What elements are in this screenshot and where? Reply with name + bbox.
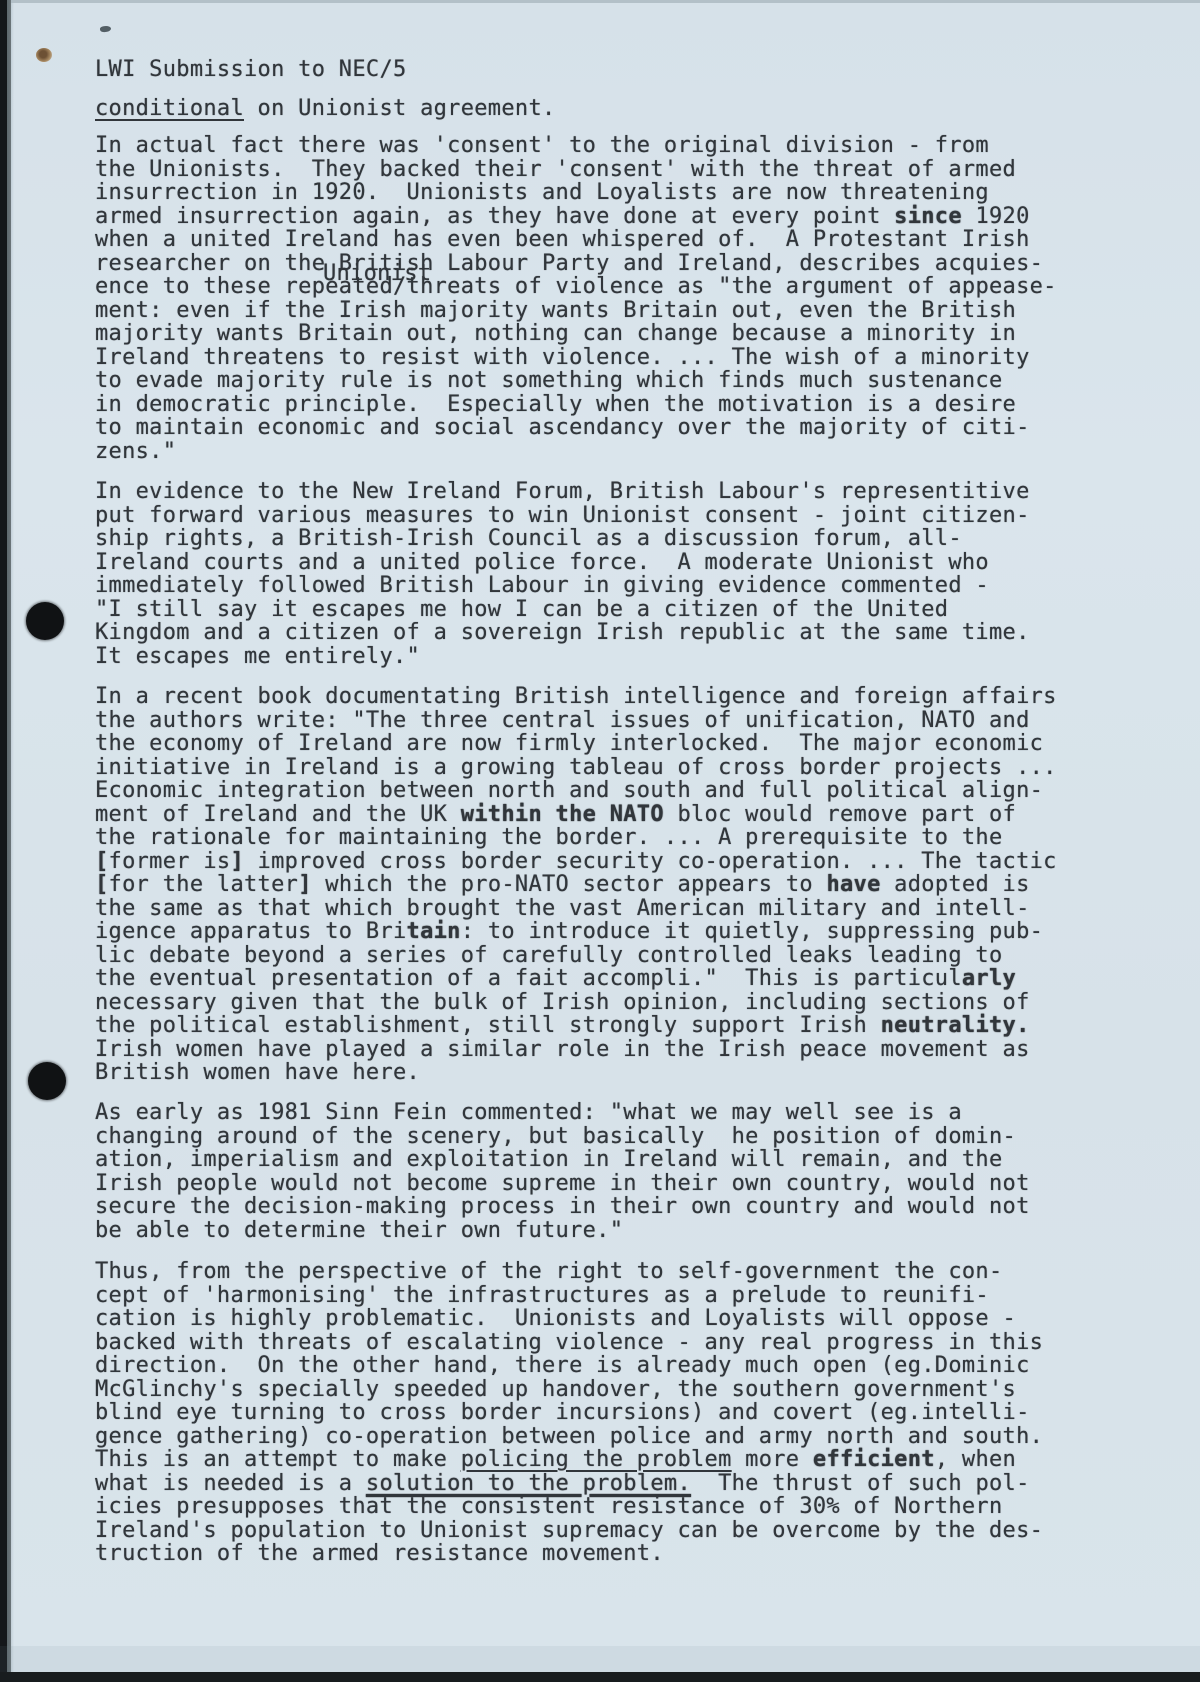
- paragraph-3: In a recent book documentating British i…: [95, 685, 1057, 1085]
- text-line: As early as 1981 Sinn Fein commented: "w…: [95, 1101, 1030, 1125]
- text-segment: the same as that which brought the vast …: [95, 896, 1030, 921]
- text-segment: /threats of violence as "the argument of…: [393, 274, 1057, 299]
- text-segment: when a united Ireland has even been whis…: [95, 227, 1030, 252]
- scan-shadow-bottom: [0, 1646, 1200, 1672]
- text-segment: British women have here.: [95, 1060, 420, 1085]
- text-line: majority wants Britain out, nothing can …: [95, 322, 1057, 346]
- text-segment: neutrality.: [881, 1013, 1030, 1038]
- text-segment: for the latter: [109, 872, 299, 897]
- document-page: LWI Submission to NEC/5 conditional on U…: [0, 0, 1200, 1682]
- text-line: to maintain economic and social ascendan…: [95, 416, 1057, 440]
- text-segment: "I still say it escapes me how I can be …: [95, 597, 948, 622]
- text-segment: arly: [962, 966, 1016, 991]
- text-line: cept of 'harmonising' the infrastructure…: [95, 1284, 1043, 1308]
- text-segment: ship rights, a British-Irish Council as …: [95, 526, 962, 551]
- text-segment: put forward various measures to win Unio…: [95, 503, 1030, 528]
- text-line: when a united Ireland has even been whis…: [95, 228, 1057, 252]
- text-line: initiative in Ireland is a growing table…: [95, 756, 1057, 780]
- text-segment: adopted is: [881, 872, 1030, 897]
- text-segment: which the pro-NATO sector appears to: [312, 872, 827, 897]
- text-segment: armed insurrection again, as they have d…: [95, 204, 894, 229]
- text-segment: policing the problem: [461, 1447, 732, 1472]
- text-line: In a recent book documentating British i…: [95, 685, 1057, 709]
- text-line: be able to determine their own future.": [95, 1219, 1030, 1243]
- text-line: blind eye turning to cross border incurs…: [95, 1401, 1043, 1425]
- scan-edge-top: [0, 0, 1200, 3]
- text-line: Thus, from the perspective of the right …: [95, 1260, 1043, 1284]
- text-line: the rationale for maintaining the border…: [95, 826, 1057, 850]
- text-line: In actual fact there was 'consent' to th…: [95, 134, 1057, 158]
- text-segment: majority wants Britain out, nothing can …: [95, 321, 1016, 346]
- text-line: necessary given that the bulk of Irish o…: [95, 991, 1057, 1015]
- text-line: put forward various measures to win Unio…: [95, 504, 1030, 528]
- text-segment: : to introduce it quietly, suppressing p…: [461, 919, 1043, 944]
- text-segment: have: [826, 872, 880, 897]
- scan-edge-bottom: [0, 1672, 1200, 1682]
- text-line: [for the latter] which the pro-NATO sect…: [95, 873, 1057, 897]
- text-segment: icies presupposes that the consistent re…: [95, 1494, 1003, 1519]
- text-segment: immediately followed British Labour in g…: [95, 573, 989, 598]
- text-segment: ]: [298, 872, 312, 897]
- text-segment: In evidence to the New Ireland Forum, Br…: [95, 479, 1030, 504]
- text-line: immediately followed British Labour in g…: [95, 574, 1030, 598]
- text-line: zens.": [95, 440, 1057, 464]
- document-title: LWI Submission to NEC/5: [95, 58, 407, 82]
- text-line: armed insurrection again, as they have d…: [95, 205, 1057, 229]
- text-line: Irish people would not become supreme in…: [95, 1172, 1030, 1196]
- text-segment: igence apparatus to Bri: [95, 919, 407, 944]
- text-segment: former is: [109, 849, 231, 874]
- text-line: Ireland's population to Unionist suprema…: [95, 1519, 1043, 1543]
- document-subtitle: conditional on Unionist agreement.: [95, 97, 556, 121]
- text-line: the authors write: "The three central is…: [95, 709, 1057, 733]
- text-line: changing around of the scenery, but basi…: [95, 1125, 1030, 1149]
- text-segment: be able to determine their own future.": [95, 1218, 623, 1243]
- text-segment: Irish women have played a similar role i…: [95, 1037, 1030, 1062]
- text-segment: efficient: [813, 1447, 935, 1472]
- text-line: Economic integration between north and s…: [95, 779, 1057, 803]
- ink-speck: [100, 25, 112, 32]
- text-segment: McGlinchy's specially speeded up handove…: [95, 1377, 1016, 1402]
- text-segment: ment of Ireland and the UK: [95, 802, 461, 827]
- text-segment: what is needed is a: [95, 1471, 366, 1496]
- text-line: Irish women have played a similar role i…: [95, 1038, 1057, 1062]
- text-line: In evidence to the New Ireland Forum, Br…: [95, 480, 1030, 504]
- text-line: British women have here.: [95, 1061, 1057, 1085]
- hole-punch-mark: [26, 602, 64, 640]
- text-line: This is an attempt to make policing the …: [95, 1448, 1043, 1472]
- text-line: icies presupposes that the consistent re…: [95, 1495, 1043, 1519]
- text-segment: cation is highly problematic. Unionists …: [95, 1306, 1016, 1331]
- text-segment: backed with threats of escalating violen…: [95, 1330, 1043, 1355]
- paragraph-1: In actual fact there was 'consent' to th…: [95, 134, 1057, 463]
- paragraph-5: Thus, from the perspective of the right …: [95, 1260, 1043, 1566]
- text-segment: bloc would remove part of: [664, 802, 1016, 827]
- text-line: ation, imperialism and exploitation in I…: [95, 1148, 1030, 1172]
- text-segment: the economy of Ireland are now firmly in…: [95, 731, 1043, 756]
- text-line: the economy of Ireland are now firmly in…: [95, 732, 1057, 756]
- text-line: Ireland courts and a united police force…: [95, 551, 1030, 575]
- text-segment: necessary given that the bulk of Irish o…: [95, 990, 1030, 1015]
- text-segment: Kingdom and a citizen of a sovereign Iri…: [95, 620, 1030, 645]
- text-segment: within the NATO: [461, 802, 664, 827]
- text-segment: In actual fact there was 'consent' to th…: [95, 133, 989, 158]
- text-segment: This is an attempt to make: [95, 1447, 461, 1472]
- text-segment: researcher on the British Labour Party a…: [95, 251, 1043, 276]
- hole-punch-mark: [28, 1062, 66, 1100]
- text-line: the eventual presentation of a fait acco…: [95, 967, 1057, 991]
- paragraph-2: In evidence to the New Ireland Forum, Br…: [95, 480, 1030, 668]
- text-segment: secure the decision-making process in th…: [95, 1194, 1030, 1219]
- text-segment: blind eye turning to cross border incurs…: [95, 1400, 1030, 1425]
- text-segment: the eventual presentation of a fait acco…: [95, 966, 962, 991]
- text-line: the political establishment, still stron…: [95, 1014, 1057, 1038]
- text-segment: Ireland threatens to resist with violenc…: [95, 345, 1030, 370]
- text-segment: tain: [407, 919, 461, 944]
- text-line: backed with threats of escalating violen…: [95, 1331, 1043, 1355]
- text-segment: cept of 'harmonising' the infrastructure…: [95, 1283, 989, 1308]
- text-line: ment: even if the Irish majority wants B…: [95, 299, 1057, 323]
- text-segment: changing around of the scenery, but basi…: [95, 1124, 1016, 1149]
- text-segment: on Unionist agreement.: [244, 96, 556, 121]
- text-segment: As early as 1981 Sinn Fein commented: "w…: [95, 1100, 962, 1125]
- text-line: in democratic principle. Especially when…: [95, 393, 1057, 417]
- text-segment: Irish people would not become supreme in…: [95, 1171, 1030, 1196]
- text-line: what is needed is a solution to the prob…: [95, 1472, 1043, 1496]
- text-segment: the Unionists. They backed their 'consen…: [95, 157, 1016, 182]
- text-line: ment of Ireland and the UK within the NA…: [95, 803, 1057, 827]
- scan-edge-left: [0, 0, 14, 1682]
- text-segment: the rationale for maintaining the border…: [95, 825, 1003, 850]
- text-line: It escapes me entirely.": [95, 645, 1030, 669]
- text-segment: [: [95, 872, 109, 897]
- text-segment: lic debate beyond a series of carefully …: [95, 943, 1003, 968]
- text-line: [former is] improved cross border securi…: [95, 850, 1057, 874]
- text-segment: 1920: [962, 204, 1030, 229]
- text-segment: , when: [935, 1447, 1016, 1472]
- text-line: lic debate beyond a series of carefully …: [95, 944, 1057, 968]
- text-segment: the political establishment, still stron…: [95, 1013, 881, 1038]
- text-line: the Unionists. They backed their 'consen…: [95, 158, 1057, 182]
- text-line: McGlinchy's specially speeded up handove…: [95, 1378, 1043, 1402]
- text-segment: initiative in Ireland is a growing table…: [95, 755, 1057, 780]
- text-line: direction. On the other hand, there is a…: [95, 1354, 1043, 1378]
- text-line: to evade majority rule is not something …: [95, 369, 1057, 393]
- text-segment: insurrection in 1920. Unionists and Loya…: [95, 180, 989, 205]
- text-segment: since: [894, 204, 962, 229]
- text-segment: improved cross border security co-operat…: [244, 849, 1057, 874]
- text-segment: Thus, from the perspective of the right …: [95, 1259, 1003, 1284]
- text-segment: The thrust of such pol-: [691, 1471, 1030, 1496]
- text-segment: zens.": [95, 439, 176, 464]
- text-segment: the authors write: "The three central is…: [95, 708, 1030, 733]
- text-segment: It escapes me entirely.": [95, 644, 420, 669]
- text-segment: ment: even if the Irish majority wants B…: [95, 298, 1016, 323]
- text-segment: gence gathering) co-operation between po…: [95, 1424, 1043, 1449]
- text-line: secure the decision-making process in th…: [95, 1195, 1030, 1219]
- text-line: truction of the armed resistance movemen…: [95, 1542, 1043, 1566]
- text-line: Kingdom and a citizen of a sovereign Iri…: [95, 621, 1030, 645]
- text-segment: solution to the problem.: [366, 1471, 691, 1496]
- text-line: researcher on the British Labour Party a…: [95, 252, 1057, 276]
- text-segment: Economic integration between north and s…: [95, 778, 1043, 803]
- text-segment: Ireland courts and a united police force…: [95, 550, 989, 575]
- text-segment: to evade majority rule is not something …: [95, 368, 1003, 393]
- rust-spot: [36, 48, 52, 62]
- text-segment: to maintain economic and social ascendan…: [95, 415, 1030, 440]
- text-line: gence gathering) co-operation between po…: [95, 1425, 1043, 1449]
- text-line: Ireland threatens to resist with violenc…: [95, 346, 1057, 370]
- text-line: igence apparatus to Britain: to introduc…: [95, 920, 1057, 944]
- text-line: ence to these repeatedUnionist/threats o…: [95, 275, 1057, 299]
- text-segment: [: [95, 849, 109, 874]
- text-segment: conditional: [95, 96, 244, 121]
- text-segment: In a recent book documentating British i…: [95, 684, 1057, 709]
- text-line: the same as that which brought the vast …: [95, 897, 1057, 921]
- text-segment: in democratic principle. Especially when…: [95, 392, 1016, 417]
- text-segment: ]: [230, 849, 244, 874]
- text-line: "I still say it escapes me how I can be …: [95, 598, 1030, 622]
- text-segment: ation, imperialism and exploitation in I…: [95, 1147, 1003, 1172]
- text-line: insurrection in 1920. Unionists and Loya…: [95, 181, 1057, 205]
- text-segment: direction. On the other hand, there is a…: [95, 1353, 1030, 1378]
- text-line: cation is highly problematic. Unionists …: [95, 1307, 1043, 1331]
- text-segment: Ireland's population to Unionist suprema…: [95, 1518, 1043, 1543]
- text-segment: truction of the armed resistance movemen…: [95, 1541, 664, 1566]
- text-segment: more: [732, 1447, 813, 1472]
- paragraph-4: As early as 1981 Sinn Fein commented: "w…: [95, 1101, 1030, 1242]
- text-line: ship rights, a British-Irish Council as …: [95, 527, 1030, 551]
